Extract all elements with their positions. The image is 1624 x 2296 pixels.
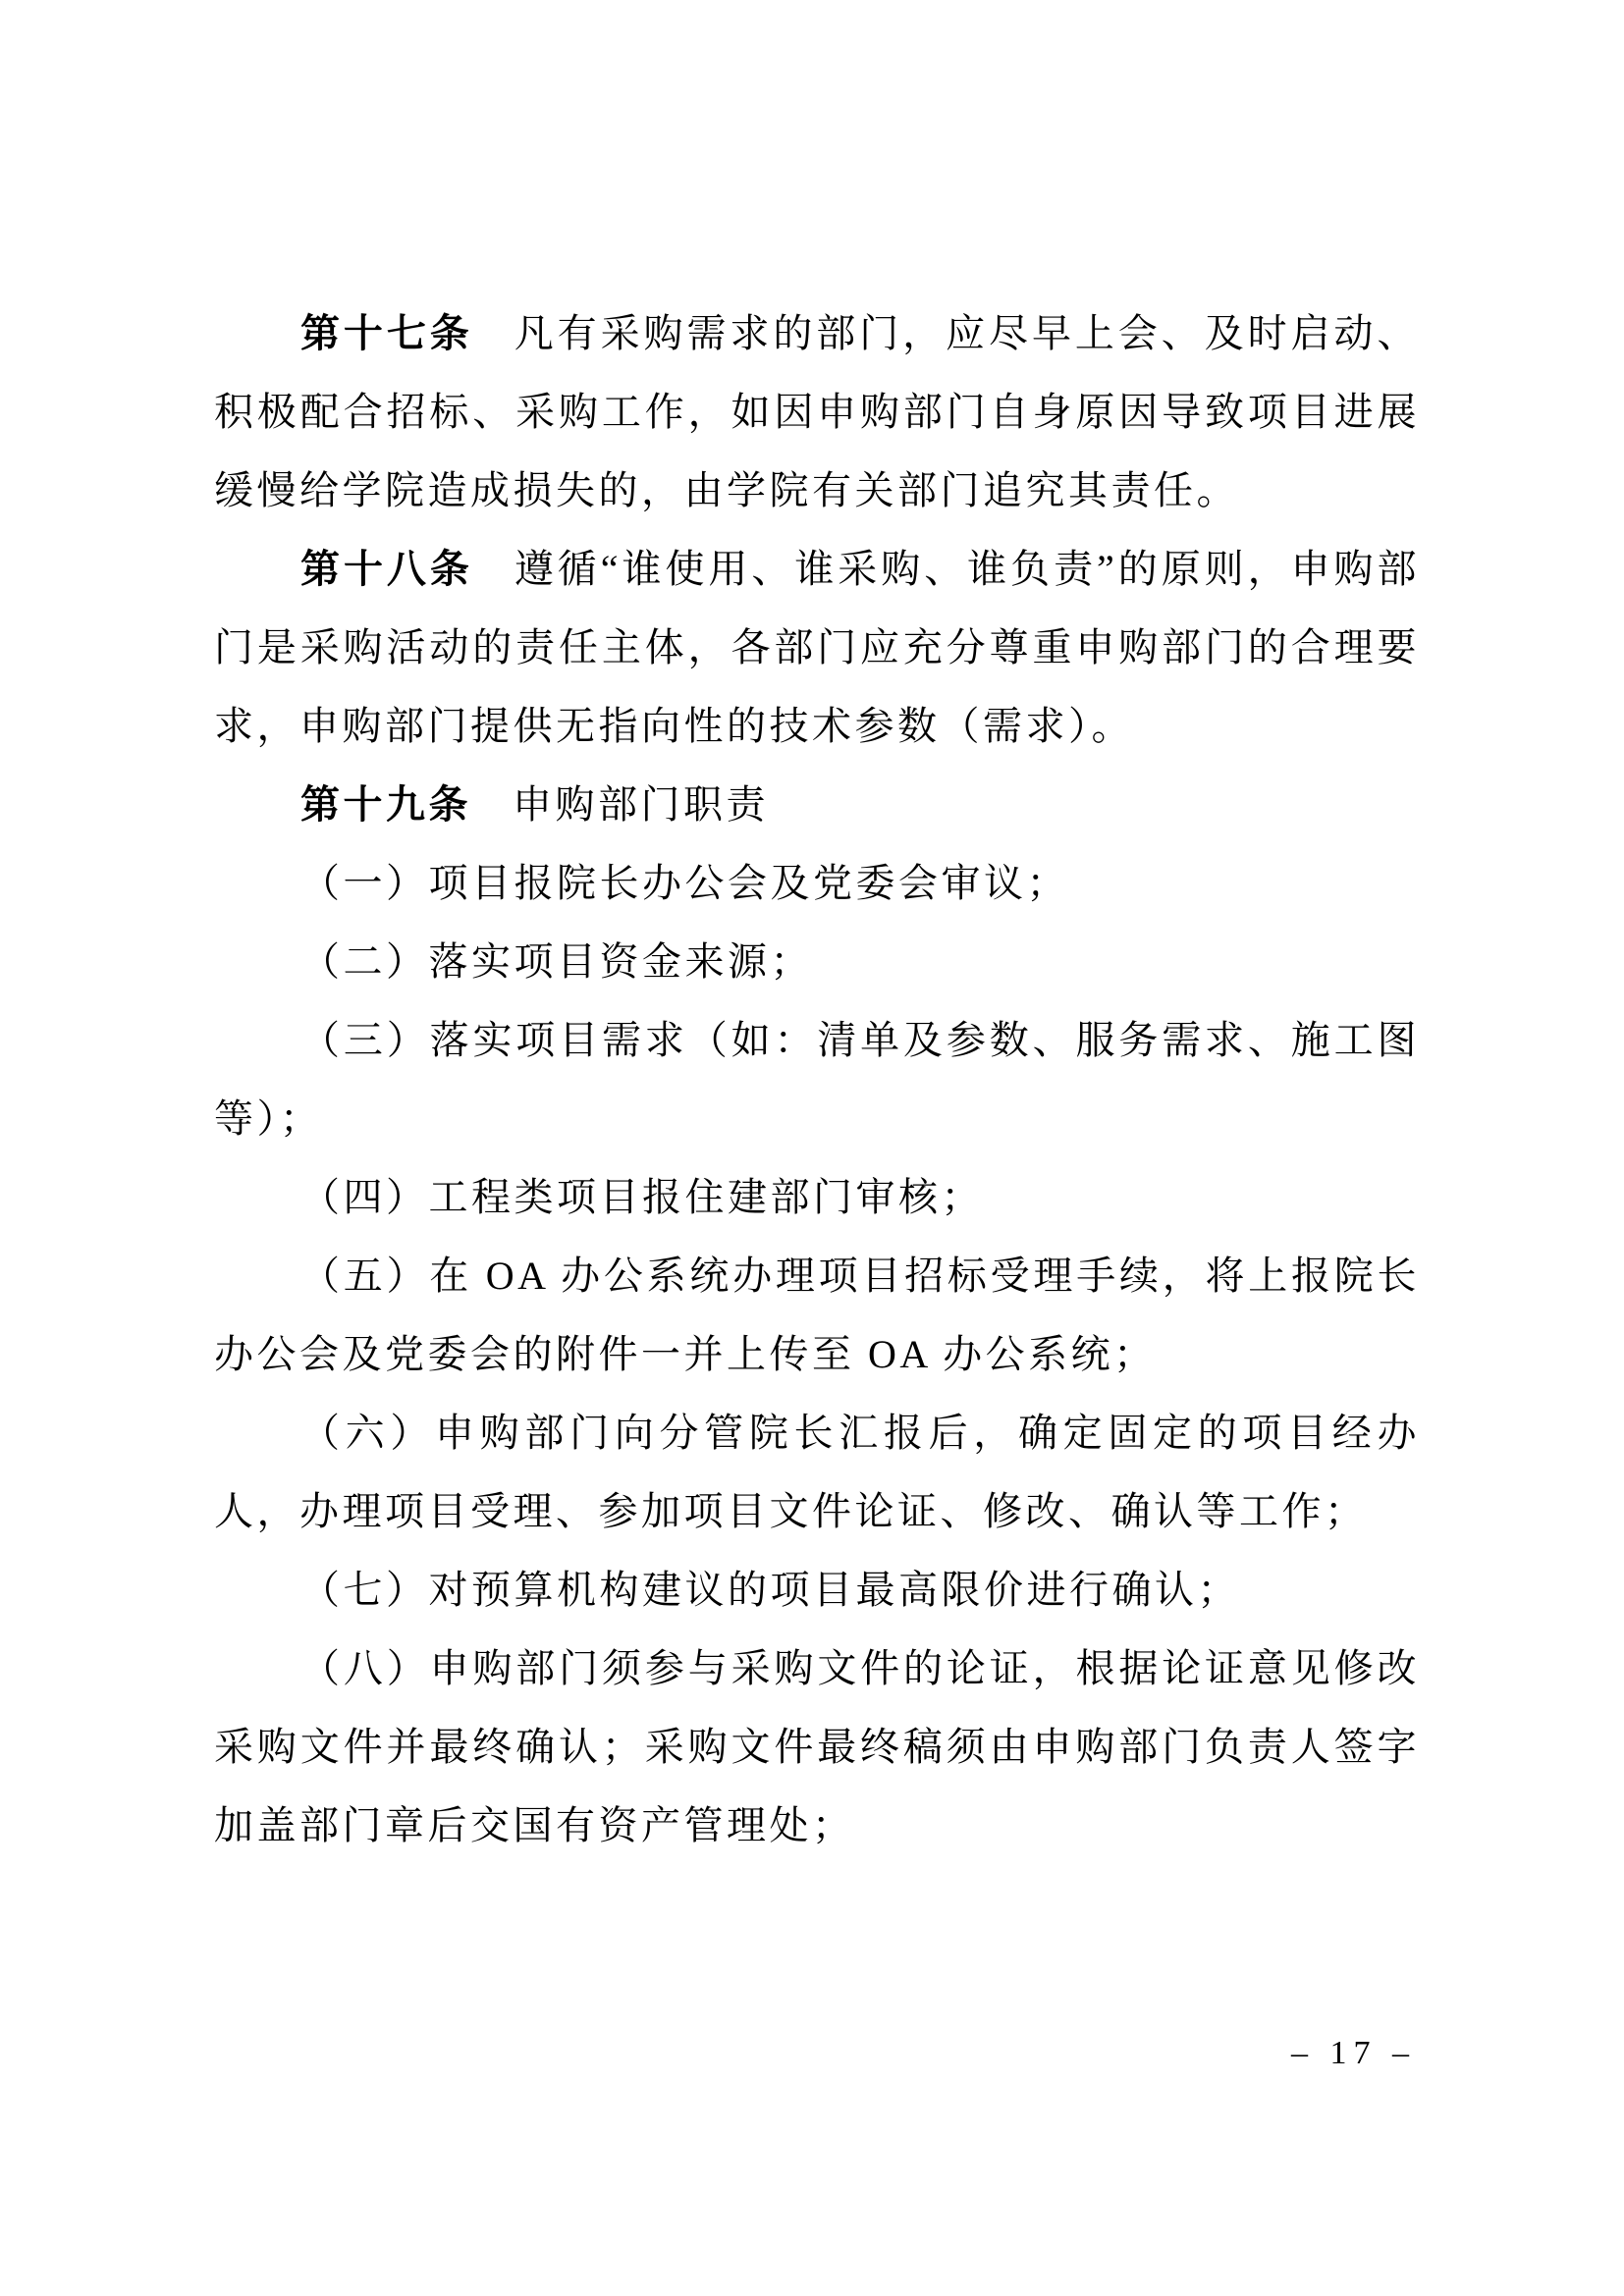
paragraph-2: 第十八条遵循“谁使用、谁采购、谁负责”的原则，申购部门是采购活动的责任主体，各部… xyxy=(214,530,1420,766)
document-page: 第十七条凡有采购需求的部门，应尽早上会、及时启动、积极配合招标、采购工作，如因申… xyxy=(0,0,1624,2296)
paragraph-1: 第十七条凡有采购需求的部门，应尽早上会、及时启动、积极配合招标、采购工作，如因申… xyxy=(214,294,1420,530)
article-number: 第十八条 xyxy=(300,547,473,591)
paragraph-7: （四）工程类项目报住建部门审核； xyxy=(214,1158,1420,1237)
paragraph-5: （二）落实项目资金来源； xyxy=(214,923,1420,1001)
paragraph-text: （八）申购部门须参与采购文件的论证，根据论证意见修改采购文件并最终确认；采购文件… xyxy=(214,1646,1420,1847)
paragraph-text: （五）在 OA 办公系统办理项目招标受理手续，将上报院长办公会及党委会的附件一并… xyxy=(214,1254,1420,1376)
paragraph-text: 申购部门职责 xyxy=(513,782,769,827)
paragraph-text: （三）落实项目需求（如：清单及参数、服务需求、施工图等）； xyxy=(214,1018,1420,1141)
paragraph-text: （二）落实项目资金来源； xyxy=(300,939,813,984)
page-number-label: – 17 – xyxy=(1291,2035,1416,2071)
article-number: 第十九条 xyxy=(300,782,471,827)
paragraph-6: （三）落实项目需求（如：清单及参数、服务需求、施工图等）； xyxy=(214,1001,1420,1158)
paragraph-4: （一）项目报院长办公会及党委会审议； xyxy=(214,844,1420,923)
paragraph-text: （一）项目报院长办公会及党委会审议； xyxy=(300,861,1069,905)
paragraph-10: （七）对预算机构建议的项目最高限价进行确认； xyxy=(214,1551,1420,1629)
page-number: – 17 – xyxy=(1291,2034,1416,2073)
article-number: 第十七条 xyxy=(300,311,473,355)
paragraph-3: 第十九条申购部门职责 xyxy=(214,766,1420,844)
document-body: 第十七条凡有采购需求的部门，应尽早上会、及时启动、积极配合招标、采购工作，如因申… xyxy=(214,294,1420,1865)
paragraph-8: （五）在 OA 办公系统办理项目招标受理手续，将上报院长办公会及党委会的附件一并… xyxy=(214,1237,1420,1394)
paragraph-11: （八）申购部门须参与采购文件的论证，根据论证意见修改采购文件并最终确认；采购文件… xyxy=(214,1629,1420,1865)
paragraph-text: （四）工程类项目报住建部门审核； xyxy=(300,1175,984,1219)
paragraph-9: （六）申购部门向分管院长汇报后，确定固定的项目经办人，办理项目受理、参加项目文件… xyxy=(214,1394,1420,1551)
paragraph-text: （六）申购部门向分管院长汇报后，确定固定的项目经办人，办理项目受理、参加项目文件… xyxy=(214,1411,1420,1533)
paragraph-text: （七）对预算机构建议的项目最高限价进行确认； xyxy=(300,1568,1240,1612)
